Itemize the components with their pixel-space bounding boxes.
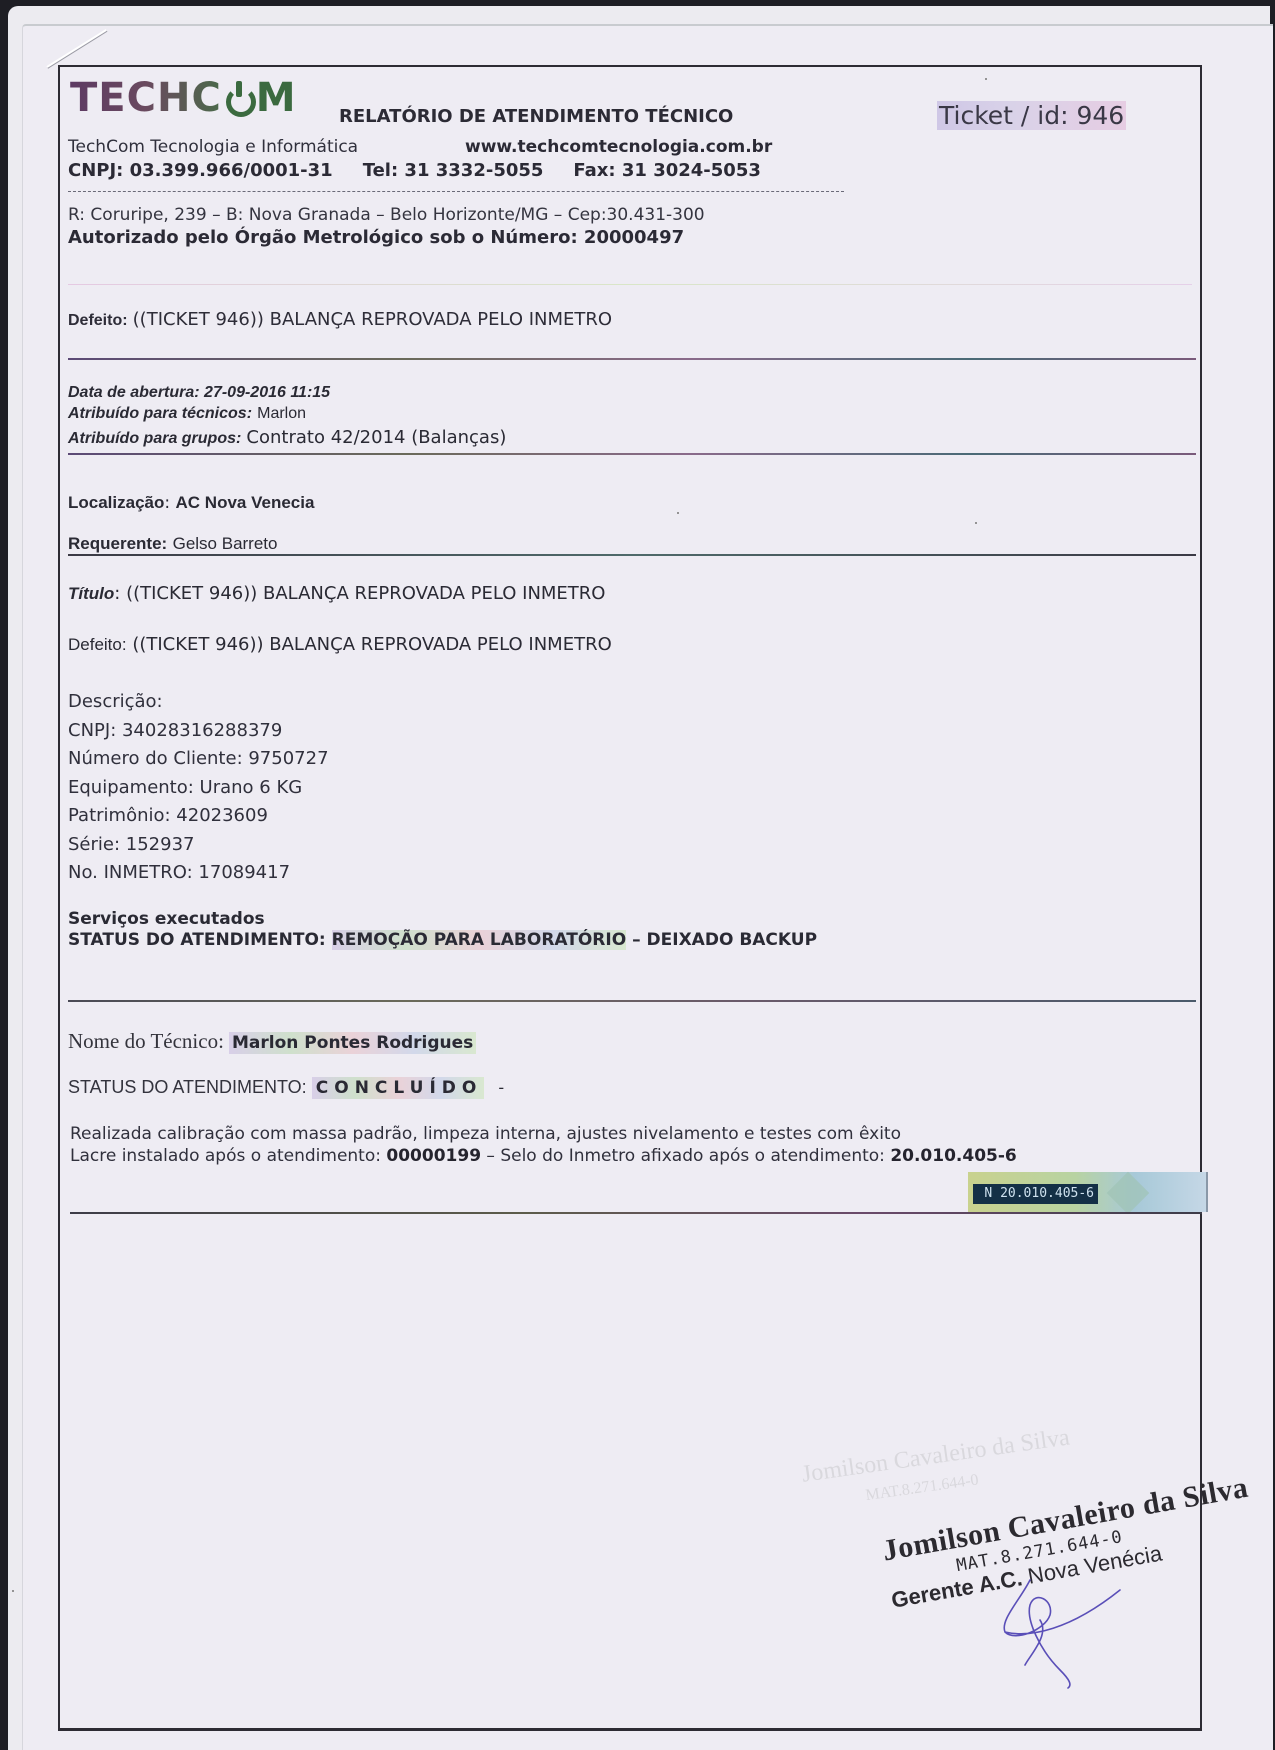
description-line: Equipamento: Urano 6 KG: [68, 774, 329, 803]
assigned-groups-label: Atribuído para grupos:: [68, 430, 241, 447]
service-status-suffix: – DEIXADO BACKUP: [632, 930, 817, 950]
assigned-groups: Atribuído para grupos: Contrato 42/2014 …: [68, 427, 506, 448]
techcom-logo: TECHC M: [70, 76, 297, 120]
defect-detail-value: ((TICKET 946)) BALANÇA REPROVADA PELO IN…: [132, 634, 611, 655]
completion-status-value: CONCLUÍDO: [312, 1077, 485, 1099]
inmetro-seal-number: 20.010.405-6: [890, 1146, 1016, 1166]
technician-name-value: Marlon Pontes Rodrigues: [229, 1032, 476, 1054]
logo-text-right: M: [256, 76, 297, 120]
requester: Requerente: Gelso Barreto: [68, 534, 277, 554]
completion-status: STATUS DO ATENDIMENTO: CONCLUÍDO-: [68, 1077, 504, 1098]
company-address: R: Coruripe, 239 – B: Nova Granada – Bel…: [68, 205, 705, 225]
technician-name-label: Nome do Técnico:: [68, 1029, 224, 1053]
description-line: Patrimônio: 42023609: [68, 802, 329, 831]
work-performed: Realizada calibração com massa padrão, l…: [70, 1124, 901, 1144]
title-value: ((TICKET 946)) BALANÇA REPROVADA PELO IN…: [126, 583, 605, 604]
company-cnpj: CNPJ: 03.399.966/0001-31: [68, 160, 333, 181]
company-contacts: CNPJ: 03.399.966/0001-31Tel: 31 3332-505…: [68, 160, 761, 181]
requester-value: Gelso Barreto: [173, 534, 278, 553]
divider: [70, 1212, 1202, 1214]
divider: [68, 453, 1196, 455]
company-website[interactable]: www.techcomtecnologia.com.br: [465, 137, 772, 157]
header-dashed-divider: [68, 191, 844, 192]
divider: [68, 1000, 1196, 1002]
company-tel: Tel: 31 3332-5055: [363, 160, 544, 181]
title-label: Título: [68, 584, 114, 603]
inmetro-seal-label: – Selo do Inmetro afixado após o atendim…: [481, 1146, 890, 1166]
logo-text-left: TECHC: [70, 76, 222, 120]
defect-summary: Defeito: ((TICKET 946)) BALANÇA REPROVAD…: [68, 309, 612, 330]
open-date-value: 27-09-2016 11:15: [204, 384, 330, 401]
service-status-label: STATUS DO ATENDIMENTO:: [68, 930, 326, 950]
handwritten-signature: [990, 1560, 1130, 1690]
location-value: AC Nova Venecia: [176, 493, 315, 512]
seal-sticker-number: N 20.010.405-6: [973, 1184, 1098, 1204]
inmetro-emblem-icon: [1107, 1172, 1149, 1214]
defect-label: Defeito:: [68, 312, 128, 329]
description-line: CNPJ: 34028316288379: [68, 717, 329, 746]
seal-number: 00000199: [386, 1146, 481, 1166]
seal-label: Lacre instalado após o atendimento:: [70, 1146, 386, 1166]
completion-status-trailer: -: [498, 1078, 504, 1097]
completion-status-label: STATUS DO ATENDIMENTO:: [68, 1077, 307, 1097]
service-status-highlight: REMOÇÃO PARA LABORATÓRIO: [332, 930, 627, 950]
seal-info: Lacre instalado após o atendimento: 0000…: [70, 1146, 1017, 1166]
open-date-label: Data de abertura: [68, 384, 194, 401]
divider: [68, 358, 1196, 360]
description-line: Série: 152937: [68, 831, 329, 860]
description-block: Descrição:CNPJ: 34028316288379Número do …: [68, 688, 329, 888]
inmetro-seal-sticker: N 20.010.405-6: [968, 1172, 1208, 1212]
divider: [68, 554, 1196, 556]
requester-label: Requerente:: [68, 534, 167, 553]
location-label: Localização: [68, 493, 164, 512]
assigned-technicians: Atribuído para técnicos: Marlon: [68, 403, 306, 423]
ticket-id: Ticket / id: 946: [937, 101, 1126, 130]
description-heading: Descrição:: [68, 688, 329, 717]
description-line: Número do Cliente: 9750727: [68, 745, 329, 774]
description-line: No. INMETRO: 17089417: [68, 859, 329, 888]
report-title: RELATÓRIO DE ATENDIMENTO TÉCNICO: [339, 106, 733, 127]
open-date: Data de abertura: 27-09-2016 11:15: [68, 382, 330, 402]
divider: [68, 284, 1192, 285]
location: Localização: AC Nova Venecia: [68, 493, 314, 513]
assigned-technicians-value: Marlon: [257, 405, 306, 422]
assigned-groups-value: Contrato 42/2014 (Balanças): [246, 427, 506, 448]
assigned-technicians-label: Atribuído para técnicos:: [68, 405, 252, 422]
power-icon: [224, 83, 254, 113]
ticket-defect: Defeito: ((TICKET 946)) BALANÇA REPROVAD…: [68, 634, 612, 655]
ticket-title: Título: ((TICKET 946)) BALANÇA REPROVADA…: [68, 583, 605, 604]
company-name: TechCom Tecnologia e Informática: [68, 137, 358, 157]
metrology-authorization: Autorizado pelo Órgão Metrológico sob o …: [68, 227, 684, 248]
technician-name: Nome do Técnico: Marlon Pontes Rodrigues: [68, 1029, 476, 1054]
services-heading: Serviços executados: [68, 909, 265, 929]
company-fax: Fax: 31 3024-5053: [573, 160, 760, 181]
service-status: STATUS DO ATENDIMENTO: REMOÇÃO PARA LABO…: [68, 930, 817, 950]
defect-value: ((TICKET 946)) BALANÇA REPROVADA PELO IN…: [133, 309, 612, 330]
defect-detail-label: Defeito:: [68, 635, 127, 654]
